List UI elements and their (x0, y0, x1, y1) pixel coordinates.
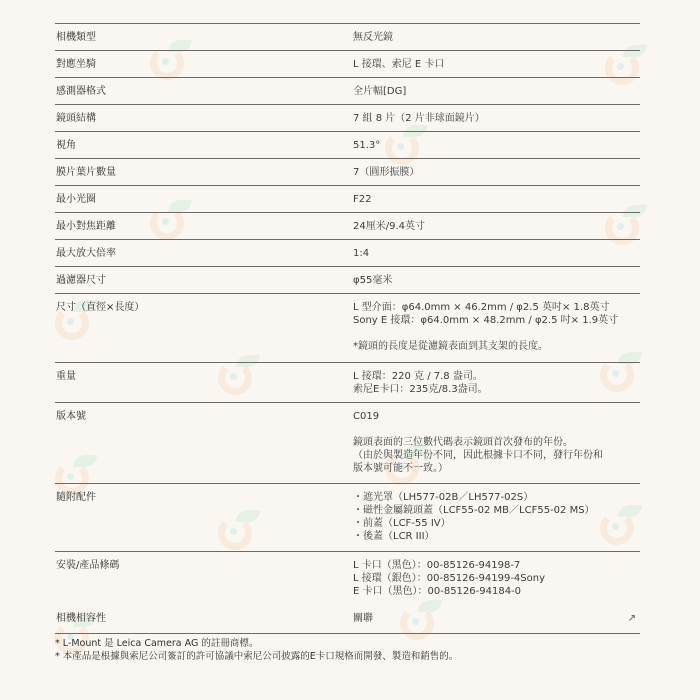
spec-value-line: F22 (353, 193, 640, 206)
spec-value-line: C019 (353, 410, 640, 423)
footnotes: * L-Mount 是 Leica Camera AG 的註冊商標。 * 本產品… (55, 637, 655, 663)
spec-value-line: 1:4 (353, 247, 640, 260)
spec-value: L 卡口（黑色）：00-85126-94198-7 L 接環（銀色）：00-85… (353, 552, 640, 605)
spec-value-line: （由於與製造年份不同，因此根據卡口不同，發行年份和 (353, 449, 640, 462)
accessory-item: ・前蓋（LCF-55 IV） (353, 517, 640, 530)
spec-value: φ55毫米 (353, 267, 640, 293)
barcode-line: L 接環（銀色）：00-85126-94199-4Sony (353, 572, 640, 585)
spec-row-min-aperture: 最小光圈 F22 (55, 186, 640, 213)
spec-value-line: 24厘米/9.4英寸 (353, 220, 640, 233)
spec-value: 51.3° (353, 132, 640, 158)
spec-value-note: *鏡頭的長度是從濾鏡表面到其支架的長度。 (353, 340, 640, 353)
spec-value: ・遮光罩（LH577-02B／LH577-02S） ・磁性金屬鏡頭蓋（LCF55… (353, 484, 640, 551)
spec-row-mount: 對應坐騎 L 接環、索尼 E 卡口 (55, 51, 640, 78)
spec-label: 重量 (55, 363, 353, 402)
spec-value: L 型介面：φ64.0mm × 46.2mm / φ2.5 英吋× 1.8英寸 … (353, 294, 640, 362)
spec-row-accessories: 隨附配件 ・遮光罩（LH577-02B／LH577-02S） ・磁性金屬鏡頭蓋（… (55, 484, 640, 552)
spec-value-line: φ55毫米 (353, 274, 640, 287)
spec-row-dimensions: 尺寸（直徑×長度） L 型介面：φ64.0mm × 46.2mm / φ2.5 … (55, 294, 640, 363)
spec-value: F22 (353, 186, 640, 212)
spec-label: 最小對焦距離 (55, 213, 353, 239)
spec-label: 最小光圈 (55, 186, 353, 212)
spec-value-line: L 接環：220 克 / 7.8 盎司。 (353, 370, 640, 383)
spec-value[interactable]: 關聯 ↗ (353, 605, 640, 633)
spec-row-diaphragm-blades: 膜片葉片數量 7（圓形振膜） (55, 159, 640, 186)
spec-label: 感測器格式 (55, 78, 353, 104)
spec-row-lens-construction: 鏡頭結構 7 組 8 片（2 片非球面鏡片） (55, 105, 640, 132)
spec-row-barcode: 安裝/產品條碼 L 卡口（黑色）：00-85126-94198-7 L 接環（銀… (55, 552, 640, 605)
spec-row-angle-of-view: 視角 51.3° (55, 132, 640, 159)
spec-value-line: L 型介面：φ64.0mm × 46.2mm / φ2.5 英吋× 1.8英寸 (353, 301, 640, 314)
spec-row-version: 版本號 C019 鏡頭表面的三位數代碼表示鏡頭首次發布的年份。 （由於與製造年份… (55, 403, 640, 484)
spec-label: 安裝/產品條碼 (55, 552, 353, 605)
external-link-arrow-icon[interactable]: ↗ (628, 612, 636, 625)
spec-value: 7（圓形振膜） (353, 159, 640, 185)
spec-value-line: 7 組 8 片（2 片非球面鏡片） (353, 112, 640, 125)
accessory-item: ・磁性金屬鏡頭蓋（LCF55-02 MB／LCF55-02 MS） (353, 504, 640, 517)
spec-label: 最大放大倍率 (55, 240, 353, 266)
spec-label: 對應坐騎 (55, 51, 353, 77)
spec-row-max-magnification: 最大放大倍率 1:4 (55, 240, 640, 267)
spec-value-line: 版本號可能不一致。） (353, 462, 640, 475)
compatibility-link[interactable]: 關聯 (353, 612, 640, 625)
spec-value: 24厘米/9.4英寸 (353, 213, 640, 239)
spec-label: 過濾器尺寸 (55, 267, 353, 293)
spec-value-line: 索尼E卡口：235克/8.3盎司。 (353, 383, 640, 396)
spec-value: 7 組 8 片（2 片非球面鏡片） (353, 105, 640, 131)
spec-value-line: 全片幅[DG] (353, 85, 640, 98)
spec-value: L 接環：220 克 / 7.8 盎司。 索尼E卡口：235克/8.3盎司。 (353, 363, 640, 402)
spec-label: 鏡頭結構 (55, 105, 353, 131)
spec-table: 相機類型 無反光鏡 對應坐騎 L 接環、索尼 E 卡口 感測器格式 全片幅[DG… (55, 23, 640, 634)
spec-row-sensor-format: 感測器格式 全片幅[DG] (55, 78, 640, 105)
barcode-line: E 卡口（黑色）：00-85126-94184-0 (353, 585, 640, 598)
spec-row-camera-type: 相機類型 無反光鏡 (55, 24, 640, 51)
spec-value: L 接環、索尼 E 卡口 (353, 51, 640, 77)
spec-value: 1:4 (353, 240, 640, 266)
spec-value-line: 51.3° (353, 139, 640, 152)
spec-value-line: Sony E 接環：φ64.0mm × 48.2mm / φ2.5 吋× 1.9… (353, 314, 640, 327)
spec-row-weight: 重量 L 接環：220 克 / 7.8 盎司。 索尼E卡口：235克/8.3盎司… (55, 363, 640, 403)
footnote-license: * 本產品是根據與索尼公司簽訂的許可協議中索尼公司披露的E卡口規格而開發、製造和… (55, 650, 655, 663)
spec-value-line: 7（圓形振膜） (353, 166, 640, 179)
accessory-item: ・遮光罩（LH577-02B／LH577-02S） (353, 491, 640, 504)
spec-value-line: L 接環、索尼 E 卡口 (353, 58, 640, 71)
spec-value-line: 無反光鏡 (353, 31, 640, 44)
spec-label: 尺寸（直徑×長度） (55, 294, 353, 362)
accessory-item: ・後蓋（LCR III） (353, 530, 640, 543)
spec-label: 膜片葉片數量 (55, 159, 353, 185)
spec-label: 相機相容性 (55, 605, 353, 633)
spec-value: 無反光鏡 (353, 24, 640, 50)
spec-label: 相機類型 (55, 24, 353, 50)
spec-label: 隨附配件 (55, 484, 353, 551)
barcode-line: L 卡口（黑色）：00-85126-94198-7 (353, 559, 640, 572)
spec-row-camera-compatibility[interactable]: 相機相容性 關聯 ↗ (55, 605, 640, 634)
footnote-trademark: * L-Mount 是 Leica Camera AG 的註冊商標。 (55, 637, 655, 650)
spec-value: 全片幅[DG] (353, 78, 640, 104)
spec-label: 視角 (55, 132, 353, 158)
spec-label: 版本號 (55, 403, 353, 483)
spec-value: C019 鏡頭表面的三位數代碼表示鏡頭首次發布的年份。 （由於與製造年份不同，因… (353, 403, 640, 483)
spec-row-min-focus-distance: 最小對焦距離 24厘米/9.4英寸 (55, 213, 640, 240)
spec-row-filter-size: 過濾器尺寸 φ55毫米 (55, 267, 640, 294)
spec-value-line: 鏡頭表面的三位數代碼表示鏡頭首次發布的年份。 (353, 436, 640, 449)
